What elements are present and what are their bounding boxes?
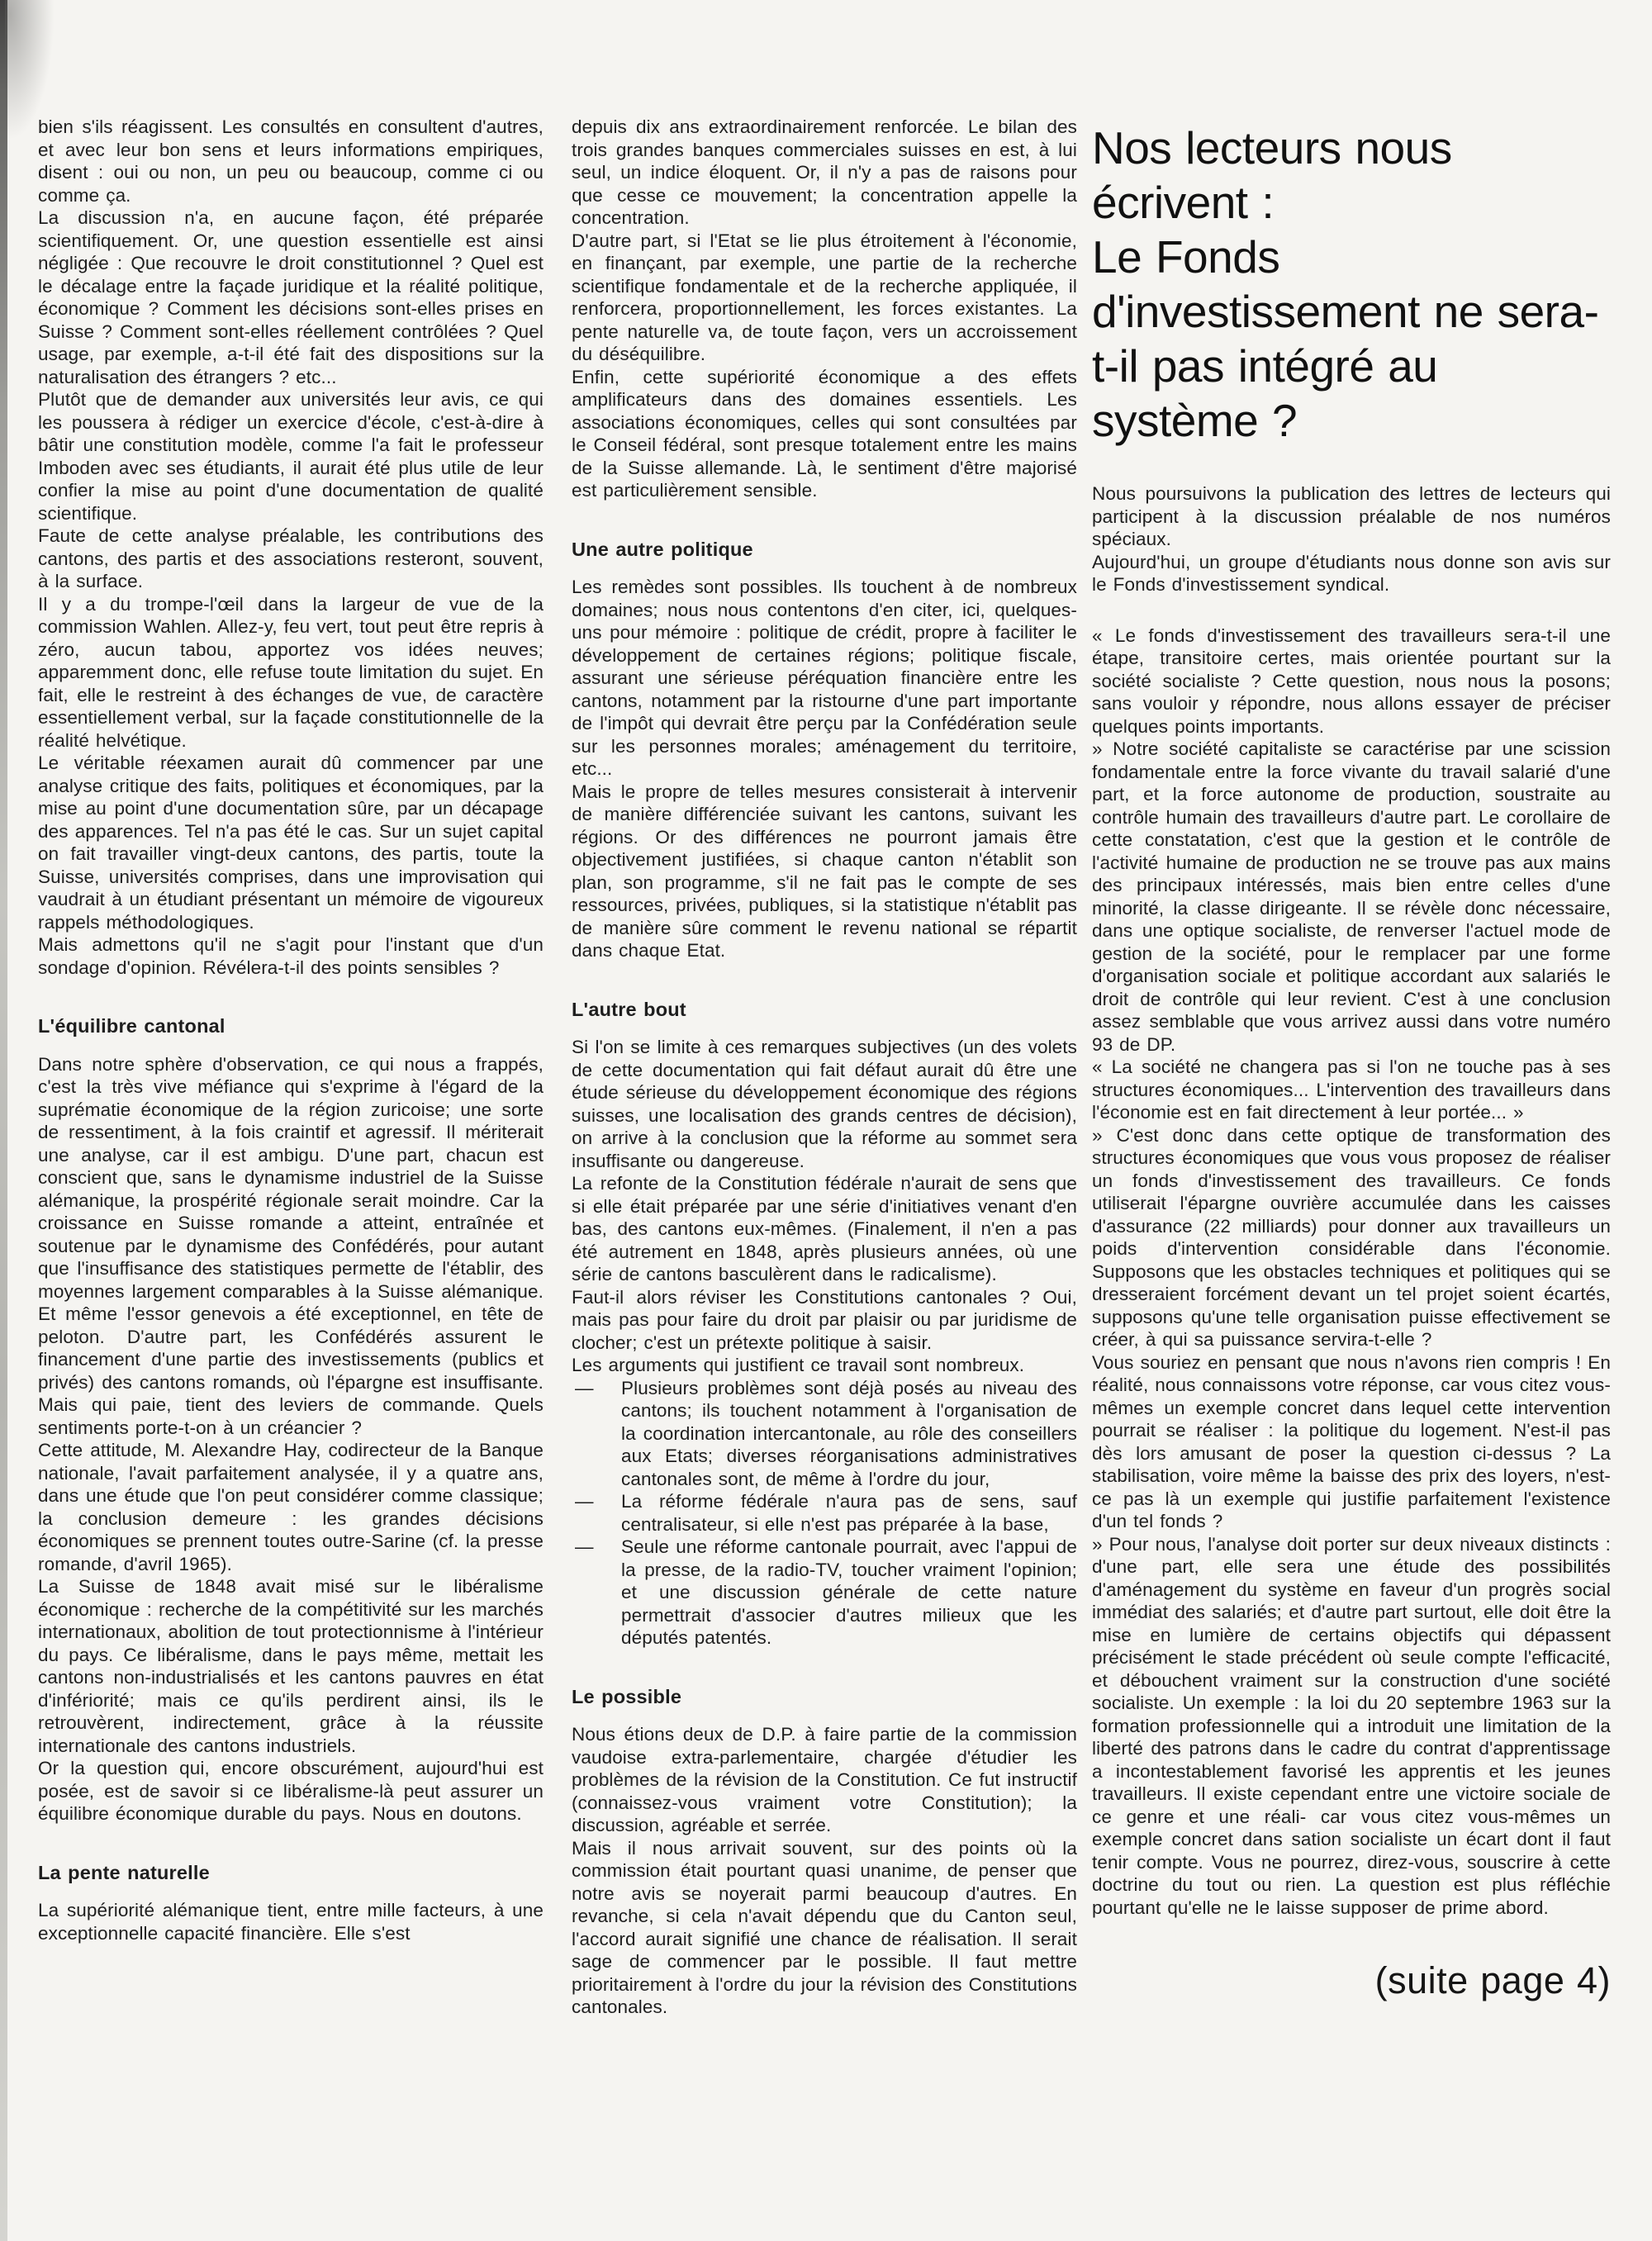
dash-marker: —	[575, 1377, 594, 1400]
paragraph: Dans notre sphère d'observation, ce qui …	[38, 1053, 544, 1440]
letter-body: Nous poursuivons la publication des lett…	[1092, 482, 1611, 1919]
section-heading: Une autre politique	[572, 539, 1077, 562]
newspaper-page: { "page": { "background": "#f5f4f1", "te…	[0, 0, 1652, 2241]
paragraph: Il y a du trompe-l'œil dans la largeur d…	[38, 593, 544, 753]
paragraph: Faut-il alors réviser les Constitutions …	[572, 1286, 1077, 1355]
section-heading: L'autre bout	[572, 999, 1077, 1022]
paragraph: D'autre part, si l'Etat se lie plus étro…	[572, 230, 1077, 366]
section-heading: La pente naturelle	[38, 1862, 544, 1885]
paragraph: La supériorité alémanique tient, entre m…	[38, 1899, 544, 1944]
paragraph: » C'est donc dans cette optique de trans…	[1092, 1124, 1611, 1351]
vertical-gap	[1092, 596, 1611, 624]
list-item-text: La réforme fédérale n'aura pas de sens, …	[621, 1491, 1077, 1535]
paragraph: bien s'ils réagissent. Les consultés en …	[38, 116, 544, 207]
paragraph: Vous souriez en pensant que nous n'avons…	[1092, 1351, 1611, 1533]
list-item-text: Plusieurs problèmes sont déjà posés au n…	[621, 1378, 1077, 1489]
paragraph: « La société ne changera pas si l'on ne …	[1092, 1056, 1611, 1124]
paragraph: Aujourd'hui, un groupe d'étudiants nous …	[1092, 551, 1611, 596]
paragraph: Nous étions deux de D.P. à faire partie …	[572, 1723, 1077, 1837]
paragraph: La Suisse de 1848 avait misé sur le libé…	[38, 1575, 544, 1757]
article-headline: Nos lecteurs nous écrivent :Le Fonds d'i…	[1092, 121, 1611, 448]
column-left: bien s'ils réagissent. Les consultés en …	[38, 116, 544, 1944]
list-item: —La réforme fédérale n'aura pas de sens,…	[572, 1490, 1077, 1536]
paragraph: Les arguments qui justifient ce travail …	[572, 1354, 1077, 1377]
column-right: Nos lecteurs nous écrivent :Le Fonds d'i…	[1092, 116, 1611, 2003]
headline-line: Nos lecteurs nous écrivent :	[1092, 121, 1611, 230]
paragraph: Nous poursuivons la publication des lett…	[1092, 482, 1611, 551]
dash-marker: —	[575, 1536, 594, 1559]
column-middle: depuis dix ans extraordinairement renfor…	[572, 116, 1077, 2019]
paragraph: Mais le propre de telles mesures consist…	[572, 781, 1077, 962]
paragraph: Faute de cette analyse préalable, les co…	[38, 525, 544, 593]
paragraph: Plutôt que de demander aux universités l…	[38, 388, 544, 525]
scan-edge-artifact	[0, 0, 7, 2241]
paragraph: depuis dix ans extraordinairement renfor…	[572, 116, 1077, 230]
continuation-note: (suite page 4)	[1092, 1959, 1611, 2003]
paragraph: Mais il nous arrivait souvent, sur des p…	[572, 1837, 1077, 2019]
paragraph: Enfin, cette supériorité économique a de…	[572, 366, 1077, 502]
paragraph: » Pour nous, l'analyse doit porter sur d…	[1092, 1533, 1611, 1920]
section-heading: L'équilibre cantonal	[38, 1015, 544, 1038]
paragraph: « Le fonds d'investissement des travaill…	[1092, 624, 1611, 738]
list-item-text: Seule une réforme cantonale pourrait, av…	[621, 1536, 1077, 1648]
paragraph: Si l'on se limite à ces remarques subjec…	[572, 1036, 1077, 1172]
paragraph: Les remèdes sont possibles. Ils touchent…	[572, 576, 1077, 781]
paragraph: Mais admettons qu'il ne s'agit pour l'in…	[38, 933, 544, 979]
dash-marker: —	[575, 1490, 594, 1513]
list-item: —Seule une réforme cantonale pourrait, a…	[572, 1536, 1077, 1650]
section-heading: Le possible	[572, 1686, 1077, 1709]
paragraph: Or la question qui, encore obscurément, …	[38, 1757, 544, 1826]
headline-line: Le Fonds d'investissement ne sera-t-il p…	[1092, 230, 1611, 448]
list-item: —Plusieurs problèmes sont déjà posés au …	[572, 1377, 1077, 1491]
paragraph: Le véritable réexamen aurait dû commence…	[38, 752, 544, 933]
paragraph: La refonte de la Constitution fédérale n…	[572, 1172, 1077, 1286]
paragraph: » Notre société capitaliste se caractéri…	[1092, 738, 1611, 1056]
paragraph: Cette attitude, M. Alexandre Hay, codire…	[38, 1439, 544, 1575]
paragraph: La discussion n'a, en aucune façon, été …	[38, 207, 544, 388]
